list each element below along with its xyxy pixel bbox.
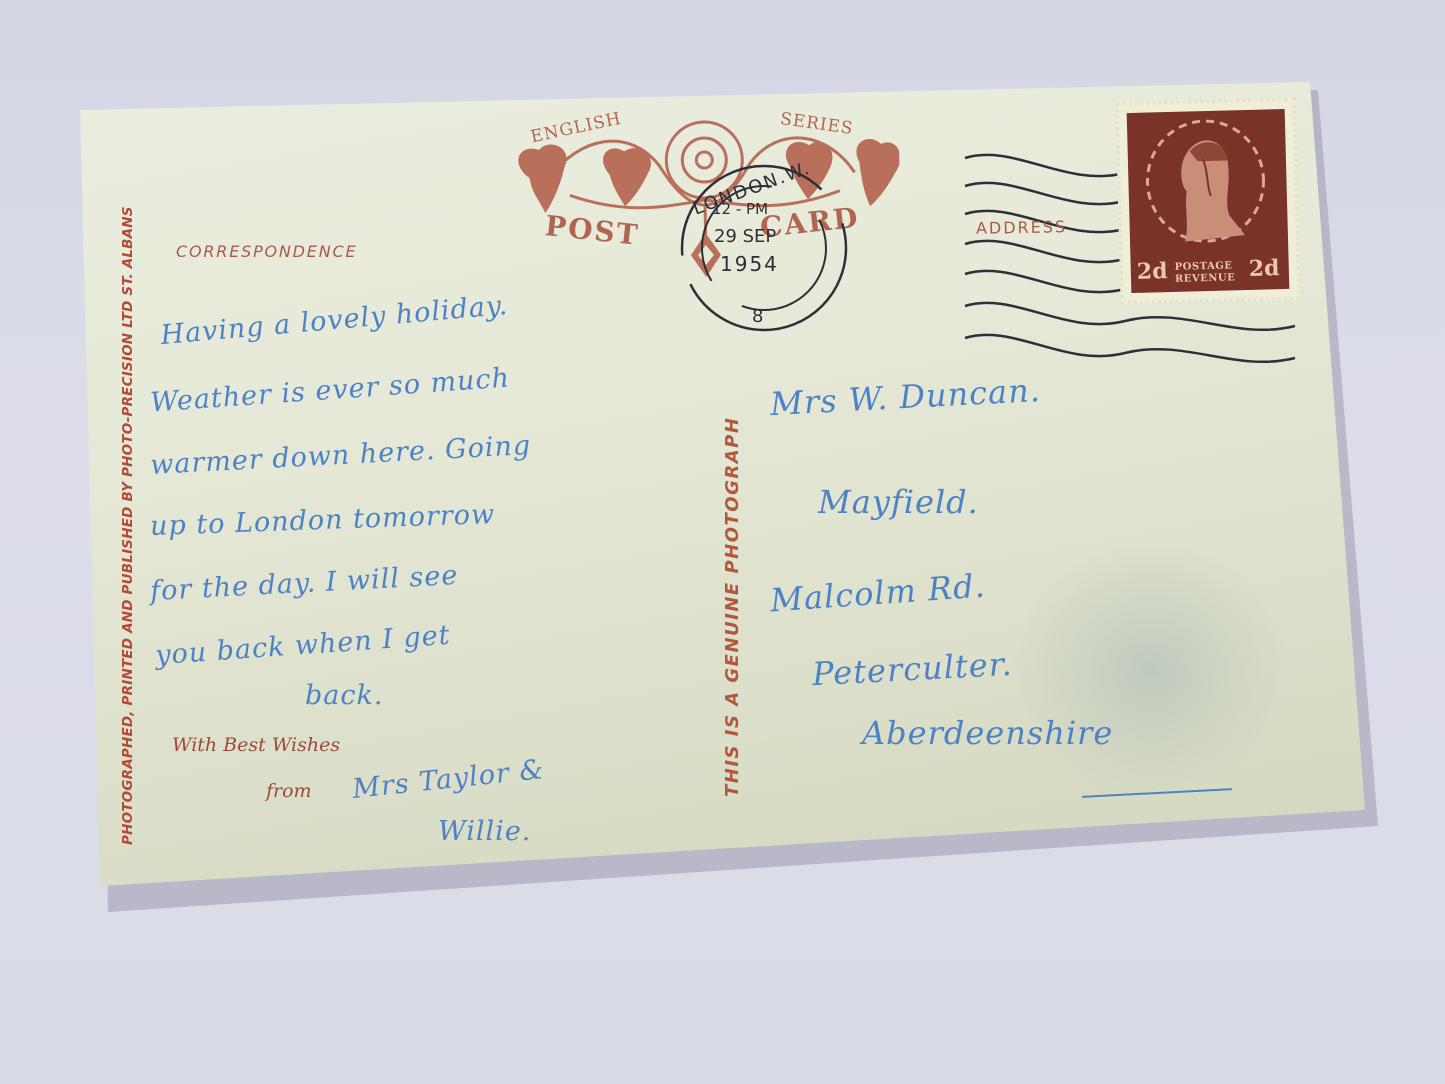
- address-line: Malcolm Rd.: [769, 567, 987, 620]
- stamp-postage-label: POSTAGE: [1175, 260, 1233, 273]
- signature-line1: Mrs Taylor &: [351, 754, 546, 805]
- publisher-line: PHOTOGRAPHED, PRINTED AND PUBLISHED BY P…: [120, 206, 136, 845]
- genuine-photograph-label: THIS IS A GENUINE PHOTOGRAPH: [722, 417, 743, 797]
- postmark-code: 8: [752, 306, 763, 327]
- greeting-line2: from: [266, 780, 312, 802]
- signature-line2: Willie.: [438, 816, 531, 847]
- message-line: Having a lovely holiday.: [159, 290, 509, 351]
- stamp-value-right: 2d: [1248, 255, 1279, 282]
- message-line: for the day. I will see: [149, 560, 459, 607]
- address-line: Peterculter.: [811, 645, 1013, 693]
- postmark-year: 1954: [720, 252, 779, 276]
- postmark-time: 12 - PM: [712, 200, 768, 218]
- message-line: warmer down here. Going: [149, 430, 531, 481]
- address-line: Aberdeenshire: [862, 714, 1113, 752]
- greeting-line1: With Best Wishes: [172, 734, 340, 756]
- message-line: Weather is ever so much: [149, 362, 511, 418]
- message-line: up to London tomorrow: [150, 499, 496, 542]
- stamp-value-left: 2d: [1136, 258, 1167, 285]
- address-line: Mrs W. Duncan.: [769, 371, 1042, 423]
- address-label: ADDRESS: [976, 217, 1067, 238]
- correspondence-label: CORRESPONDENCE: [176, 242, 357, 261]
- message-line: back.: [305, 680, 383, 711]
- message-line: you back when I get: [154, 620, 451, 672]
- address-line: Mayfield.: [818, 483, 979, 521]
- stamp-face: 2d POSTAGE REVENUE 2d: [1127, 109, 1290, 293]
- postmark-date: 29 SEP: [714, 226, 776, 247]
- postage-stamp: 2d POSTAGE REVENUE 2d: [1115, 98, 1300, 305]
- postcard: PHOTOGRAPHED, PRINTED AND PUBLISHED BY P…: [0, 0, 1445, 1084]
- water-stain: [1010, 540, 1290, 800]
- stamp-revenue-label: REVENUE: [1175, 272, 1236, 285]
